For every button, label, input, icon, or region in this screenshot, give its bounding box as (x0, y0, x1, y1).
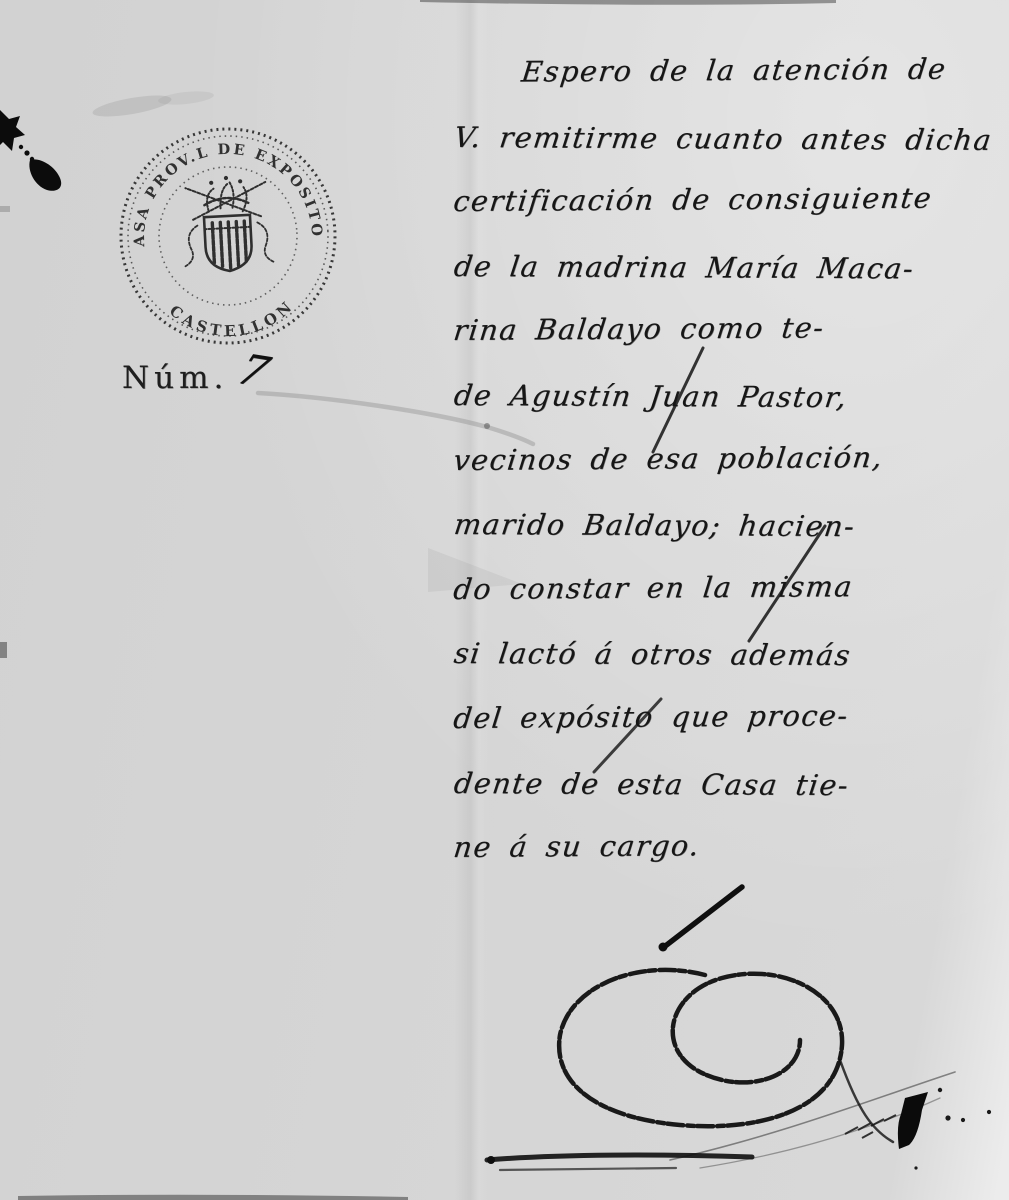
register-number-line: Núm. 7 (122, 360, 382, 420)
letter-line: del expósito que proce- (448, 698, 1009, 767)
signature-flourish (559, 887, 955, 1168)
edge-speck (0, 642, 7, 658)
signature-fragment (845, 1088, 991, 1170)
letter-line: do constar en la misma (448, 569, 1009, 638)
top-edge-scan-shadow (420, 0, 836, 5)
ink-smudge (158, 89, 215, 107)
edge-speck (0, 206, 10, 212)
ink-smudge (91, 91, 173, 121)
official-stamp: CASA PROV.L DE EXPOSITOS CASTELLON (104, 110, 352, 362)
bottom-edge-scan-shadow (18, 1195, 408, 1200)
letter-line: certificación de consiguiente (448, 181, 1009, 250)
letter-line: vecinos de esa población, (448, 440, 1009, 509)
letter-line: de Agustín Juan Pastor, (448, 379, 1009, 447)
letter-line: marido Baldayo; hacien- (448, 508, 1009, 576)
letter-line: rina Baldayo como te- (448, 310, 1009, 379)
letter-line: dente de esta Casa tie- (448, 767, 1009, 835)
scanned-document-page: CASA PROV.L DE EXPOSITOS CASTELLON Núm. … (0, 0, 1009, 1200)
letter-line: Espero de la atención de (448, 52, 1009, 121)
ink-blot (0, 110, 61, 191)
letter-line: V. remitirme cuanto antes dicha (448, 121, 1009, 189)
register-number-label: Núm. (122, 360, 228, 396)
letter-line: si lactó á otros además (448, 637, 1009, 705)
stamp-ring-text-bottom: CASTELLON (165, 295, 299, 343)
letter-body: Espero de la atención de V. remitirme cu… (448, 56, 1008, 896)
signature-underline (487, 1155, 752, 1170)
letter-line: ne á su cargo. (448, 827, 1009, 896)
coat-of-arms-icon (181, 174, 274, 273)
letter-line: de la madrina María Maca- (448, 250, 1009, 318)
